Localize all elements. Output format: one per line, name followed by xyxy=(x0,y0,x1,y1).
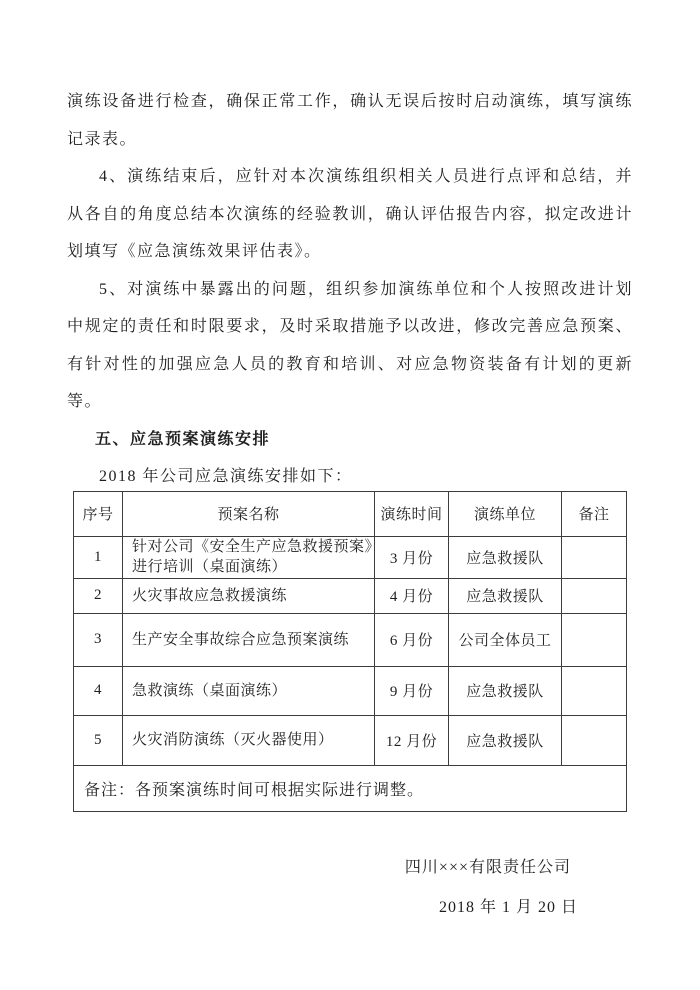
cell-time: 4 月份 xyxy=(375,578,449,613)
header-cell-name: 预案名称 xyxy=(123,491,375,536)
table-note-row: 备注：各预案演练时间可根据实际进行调整。 xyxy=(74,765,627,811)
header-cell-unit: 演练单位 xyxy=(449,491,562,536)
cell-name: 火灾消防演练（灭火器使用） xyxy=(123,715,375,765)
cell-name: 火灾事故应急救援演练 xyxy=(123,578,375,613)
paragraph-continuation: 演练设备进行检查，确保正常工作，确认无误后按时启动演练，填写演练记录表。 xyxy=(67,83,633,158)
table-row: 4 急救演练（桌面演练） 9 月份 应急救援队 xyxy=(74,666,627,715)
table-row: 1 针对公司《安全生产应急救援预案》进行培训（桌面演练） 3 月份 应急救援队 xyxy=(74,536,627,578)
header-cell-remark: 备注 xyxy=(562,491,627,536)
cell-time: 12 月份 xyxy=(375,715,449,765)
header-cell-no: 序号 xyxy=(74,491,123,536)
signature-date: 2018 年 1 月 20 日 xyxy=(67,896,633,920)
paragraph-item-4: 4、演练结束后，应针对本次演练组织相关人员进行点评和总结，并从各自的角度总结本次… xyxy=(67,158,633,271)
header-cell-time: 演练时间 xyxy=(375,491,449,536)
cell-unit: 应急救援队 xyxy=(449,666,562,715)
table-row: 2 火灾事故应急救援演练 4 月份 应急救援队 xyxy=(74,578,627,613)
cell-no: 2 xyxy=(74,578,123,613)
cell-time: 9 月份 xyxy=(375,666,449,715)
cell-remark xyxy=(562,578,627,613)
cell-time: 3 月份 xyxy=(375,536,449,578)
cell-no: 4 xyxy=(74,666,123,715)
cell-remark xyxy=(562,666,627,715)
cell-name: 生产安全事故综合应急预案演练 xyxy=(123,613,375,666)
cell-remark xyxy=(562,536,627,578)
document-page: 演练设备进行检查，确保正常工作，确认无误后按时启动演练，填写演练记录表。 4、演… xyxy=(0,0,700,990)
cell-name: 针对公司《安全生产应急救援预案》进行培训（桌面演练） xyxy=(123,536,375,578)
cell-unit: 应急救援队 xyxy=(449,715,562,765)
table-header-row: 序号 预案名称 演练时间 演练单位 备注 xyxy=(74,491,627,536)
cell-no: 3 xyxy=(74,613,123,666)
cell-name: 急救演练（桌面演练） xyxy=(123,666,375,715)
paragraph-item-5: 5、对演练中暴露出的问题，组织参加演练单位和个人按照改进计划中规定的责任和时限要… xyxy=(67,271,633,421)
cell-no: 1 xyxy=(74,536,123,578)
signature-company: 四川×××有限责任公司 xyxy=(67,856,633,880)
cell-unit: 应急救援队 xyxy=(449,536,562,578)
drill-schedule-table: 序号 预案名称 演练时间 演练单位 备注 1 针对公司《安全生产应急救援预案》进… xyxy=(73,491,627,812)
table-footer-note: 备注：各预案演练时间可根据实际进行调整。 xyxy=(74,765,627,811)
cell-remark xyxy=(562,613,627,666)
cell-unit: 应急救援队 xyxy=(449,578,562,613)
section-heading: 五、应急预案演练安排 xyxy=(67,421,633,459)
cell-time: 6 月份 xyxy=(375,613,449,666)
table-row: 5 火灾消防演练（灭火器使用） 12 月份 应急救援队 xyxy=(74,715,627,765)
cell-remark xyxy=(562,715,627,765)
table-row: 3 生产安全事故综合应急预案演练 6 月份 公司全体员工 xyxy=(74,613,627,666)
cell-no: 5 xyxy=(74,715,123,765)
cell-unit: 公司全体员工 xyxy=(449,613,562,666)
